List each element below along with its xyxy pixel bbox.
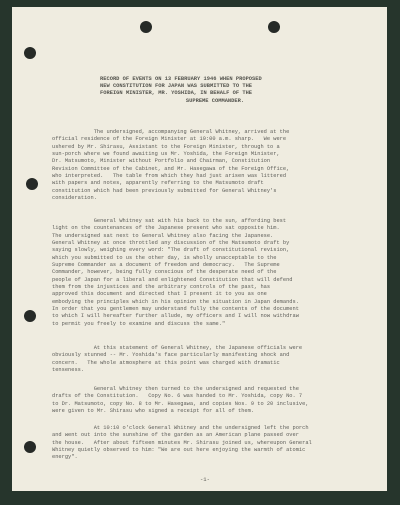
text-line: tenseness. — [52, 367, 84, 373]
text-line: saying slowly, weighing every word: "The… — [52, 247, 289, 253]
text-line: At 10:10 o'clock General Whitney and the… — [52, 425, 309, 431]
title-line: NEW CONSTITUTION FOR JAPAN WAS SUBMITTED… — [100, 83, 252, 89]
text-line: to which I will hereafter further allude… — [52, 313, 299, 319]
paragraph-3: At this statement of General Whitney, th… — [52, 345, 374, 374]
text-line: drafts of the Constitution. Copy No. 6 w… — [52, 393, 302, 399]
text-line: sun-porch where we found awaiting us Mr.… — [52, 151, 280, 157]
text-line: energy". — [52, 454, 78, 460]
punch-hole-icon — [140, 21, 152, 33]
text-line: General Whitney then turned to the under… — [52, 386, 299, 392]
text-line: At this statement of General Whitney, th… — [52, 345, 302, 351]
text-line: to Dr. Matsumoto, copy No. 8 to Mr. Hase… — [52, 401, 309, 407]
punch-hole-icon — [24, 310, 36, 322]
text-line: Commander, however, being fully consciou… — [52, 269, 276, 275]
text-line: with papers and notes, apparently referr… — [52, 180, 264, 186]
text-line: who interpreted. The table from which th… — [52, 173, 286, 179]
text-line: people of Japan for a liberal and enligh… — [52, 277, 293, 283]
document-title: RECORD OF EVENTS ON 13 FEBRUARY 1946 WHE… — [100, 76, 330, 105]
text-line: General Whitney at once throttled any di… — [52, 240, 289, 246]
text-line: and went out into the sunshine of the ga… — [52, 432, 299, 438]
text-line: them from the injustices and the arbitra… — [52, 284, 270, 290]
punch-hole-icon — [268, 21, 280, 33]
text-line: approved this document and directed that… — [52, 291, 267, 297]
text-line: were given to Mr. Shirasu who signed a r… — [52, 408, 254, 414]
text-line: Whitney quietly observed to him: "We are… — [52, 447, 305, 453]
text-line: which you submitted to us the other day,… — [52, 255, 276, 261]
title-line: RECORD OF EVENTS ON 13 FEBRUARY 1946 WHE… — [100, 76, 262, 82]
text-line: obviously stunned -- Mr. Yoshida's face … — [52, 352, 289, 358]
text-line: light on the countenances of the Japanes… — [52, 225, 280, 231]
text-line: the house. After about fifteen minutes M… — [52, 440, 312, 446]
paragraph-5: At 10:10 o'clock General Whitney and the… — [52, 425, 374, 462]
title-line: SUPREME COMMANDER. — [100, 98, 330, 105]
punch-hole-icon — [24, 441, 36, 453]
text-line: to permit you freely to examine and disc… — [52, 321, 225, 327]
text-line: consideration. — [52, 195, 97, 201]
text-line: embodying the principles which in his op… — [52, 299, 299, 305]
paragraph-4: General Whitney then turned to the under… — [52, 386, 374, 415]
page-number: -1- — [200, 476, 210, 483]
text-line: The undersigned, accompanying General Wh… — [52, 129, 289, 135]
text-line: constitution which had been previously s… — [52, 188, 276, 194]
text-line: Supreme Commander as a document of freed… — [52, 262, 280, 268]
text-line: concern. The whole atmosphere at this po… — [52, 360, 280, 366]
punch-hole-icon — [26, 178, 38, 190]
text-line: ushered by Mr. Shirasu, Assistant to the… — [52, 144, 280, 150]
text-line: Dr. Matsumoto, Minister without Portfoli… — [52, 158, 270, 164]
text-line: Revision Committee of the Cabinet, and M… — [52, 166, 289, 172]
text-line: In order that you gentlemen may understa… — [52, 306, 299, 312]
text-line: official residence of the Foreign Minist… — [52, 136, 286, 142]
paragraph-2: General Whitney sat with his back to the… — [52, 218, 374, 328]
text-line: The undersigned sat next to General Whit… — [52, 233, 273, 239]
title-line: FOREIGN MINISTER, MR. YOSHIDA, IN BEHALF… — [100, 90, 252, 96]
text-line: General Whitney sat with his back to the… — [52, 218, 286, 224]
punch-hole-icon — [24, 47, 36, 59]
paragraph-1: The undersigned, accompanying General Wh… — [52, 129, 374, 202]
